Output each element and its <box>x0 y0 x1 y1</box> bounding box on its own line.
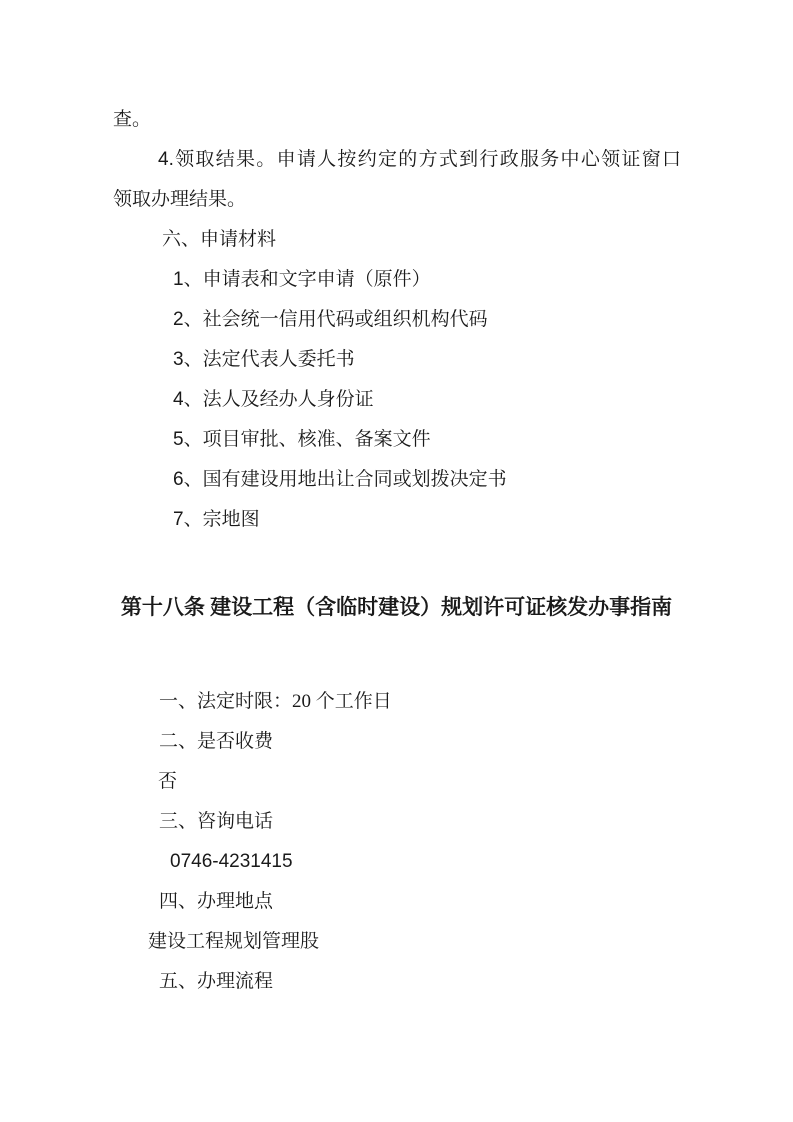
paragraph-continuation-text: 查。 <box>113 100 680 140</box>
material-item-number: 7、 <box>173 509 203 530</box>
material-item-number: 6、 <box>173 469 203 490</box>
material-item-3: 3、法定代表人委托书 <box>173 340 680 380</box>
material-item-7: 7、宗地图 <box>173 500 680 540</box>
step-text: 领取结果。申请人按约定的方式到行政服务中心领证窗口 <box>174 149 681 170</box>
guide-item-legal-time-limit: 一、法定时限：20 个工作日 <box>159 682 680 722</box>
material-item-text: 国有建设用地出让合同或划拨决定书 <box>203 469 507 490</box>
guide-answer-location: 建设工程规划管理股 <box>148 922 680 962</box>
step-number: 4. <box>158 149 174 170</box>
guide-item-fee-question: 二、是否收费 <box>159 722 680 762</box>
guide-answer-fee: 否 <box>158 762 680 802</box>
material-item-text: 社会统一信用代码或组织机构代码 <box>203 309 488 330</box>
material-item-6: 6、国有建设用地出让合同或划拨决定书 <box>173 460 680 500</box>
guide-item-location-heading: 四、办理地点 <box>159 882 680 922</box>
material-item-text: 项目审批、核准、备案文件 <box>203 429 431 450</box>
material-item-2: 2、社会统一信用代码或组织机构代码 <box>173 300 680 340</box>
procedure-step4-line: 4.领取结果。申请人按约定的方式到行政服务中心领证窗口 <box>158 140 681 180</box>
material-item-text: 法人及经办人身份证 <box>203 389 374 410</box>
material-item-text: 申请表和文字申请（原件） <box>203 269 431 290</box>
material-item-1: 1、申请表和文字申请（原件） <box>173 260 680 300</box>
material-item-number: 5、 <box>173 429 203 450</box>
material-item-number: 1、 <box>173 269 203 290</box>
material-item-text: 宗地图 <box>203 509 260 530</box>
guide-item-process-heading: 五、办理流程 <box>159 962 680 1002</box>
article-18-title: 第十八条 建设工程（含临时建设）规划许可证核发办事指南 <box>113 587 680 627</box>
guide-item-phone-heading: 三、咨询电话 <box>159 802 680 842</box>
materials-section-heading: 六、申请材料 <box>162 220 680 260</box>
material-item-number: 4、 <box>173 389 203 410</box>
material-item-number: 2、 <box>173 309 203 330</box>
material-item-text: 法定代表人委托书 <box>203 349 355 370</box>
material-item-5: 5、项目审批、核准、备案文件 <box>173 420 680 460</box>
guide-answer-phone-number: 0746-4231415 <box>170 842 680 882</box>
procedure-step4-continuation-line: 领取办理结果。 <box>113 180 680 220</box>
document-page: 查。 4.领取结果。申请人按约定的方式到行政服务中心领证窗口 领取办理结果。 六… <box>0 0 793 1122</box>
material-item-4: 4、法人及经办人身份证 <box>173 380 680 420</box>
material-item-number: 3、 <box>173 349 203 370</box>
